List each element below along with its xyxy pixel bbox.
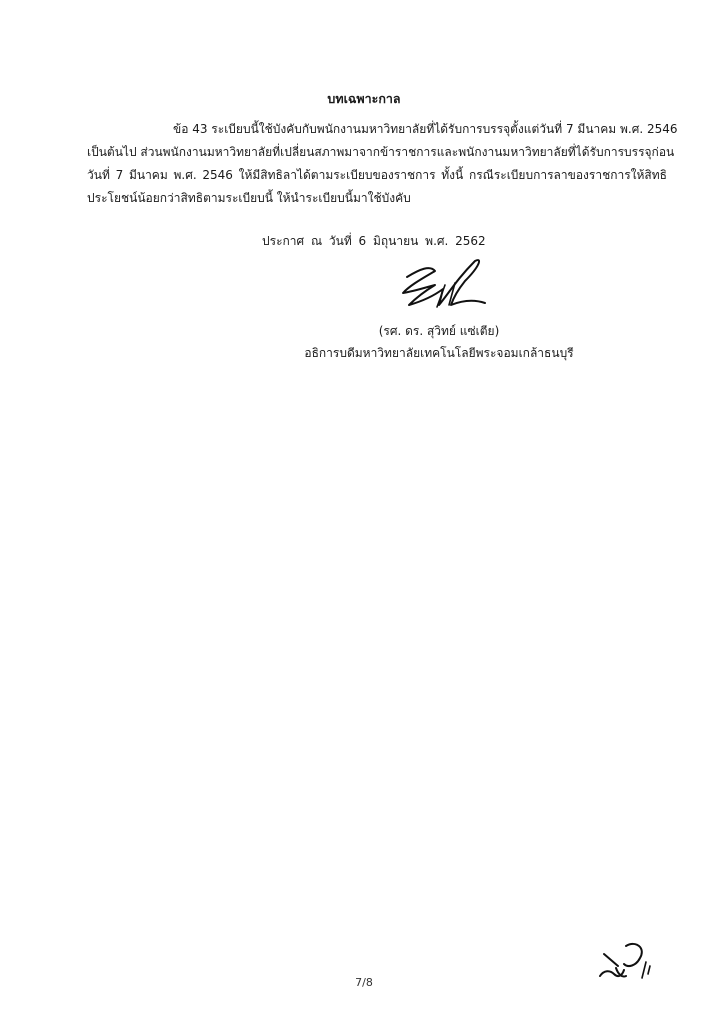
paragraph-line: ประโยชน์น้อยกว่าสิทธิตามระเบียบนี้ ให้นำ…: [87, 187, 667, 210]
paragraph-line: เป็นต้นไป ส่วนพนักงานมหาวิทยาลัยที่เปลี่…: [87, 141, 667, 164]
signature-icon: [395, 255, 490, 310]
section-title: บทเฉพาะกาล: [0, 89, 728, 109]
document-page: บทเฉพาะกาล ข้อ 43 ระเบียบนี้ใช้บังคับกับ…: [0, 0, 728, 1024]
signer-title: อธิการบดีมหาวิทยาลัยเทคโนโลยีพระจอมเกล้า…: [0, 344, 728, 363]
announcement-date: ประกาศ ณ วันที่ 6 มิถุนายน พ.ศ. 2562: [262, 232, 486, 251]
signer-name: (รศ. ดร. สุวิทย์ แซ่เตีย): [0, 322, 728, 341]
page-number: 7/8: [0, 976, 728, 989]
paragraph-line: วันที่ 7 มีนาคม พ.ศ. 2546 ให้มีสิทธิลาได…: [87, 164, 667, 187]
paragraph-line: ข้อ 43 ระเบียบนี้ใช้บังคับกับพนักงานมหาว…: [87, 118, 667, 141]
clause-43-paragraph: ข้อ 43 ระเบียบนี้ใช้บังคับกับพนักงานมหาว…: [87, 118, 667, 210]
